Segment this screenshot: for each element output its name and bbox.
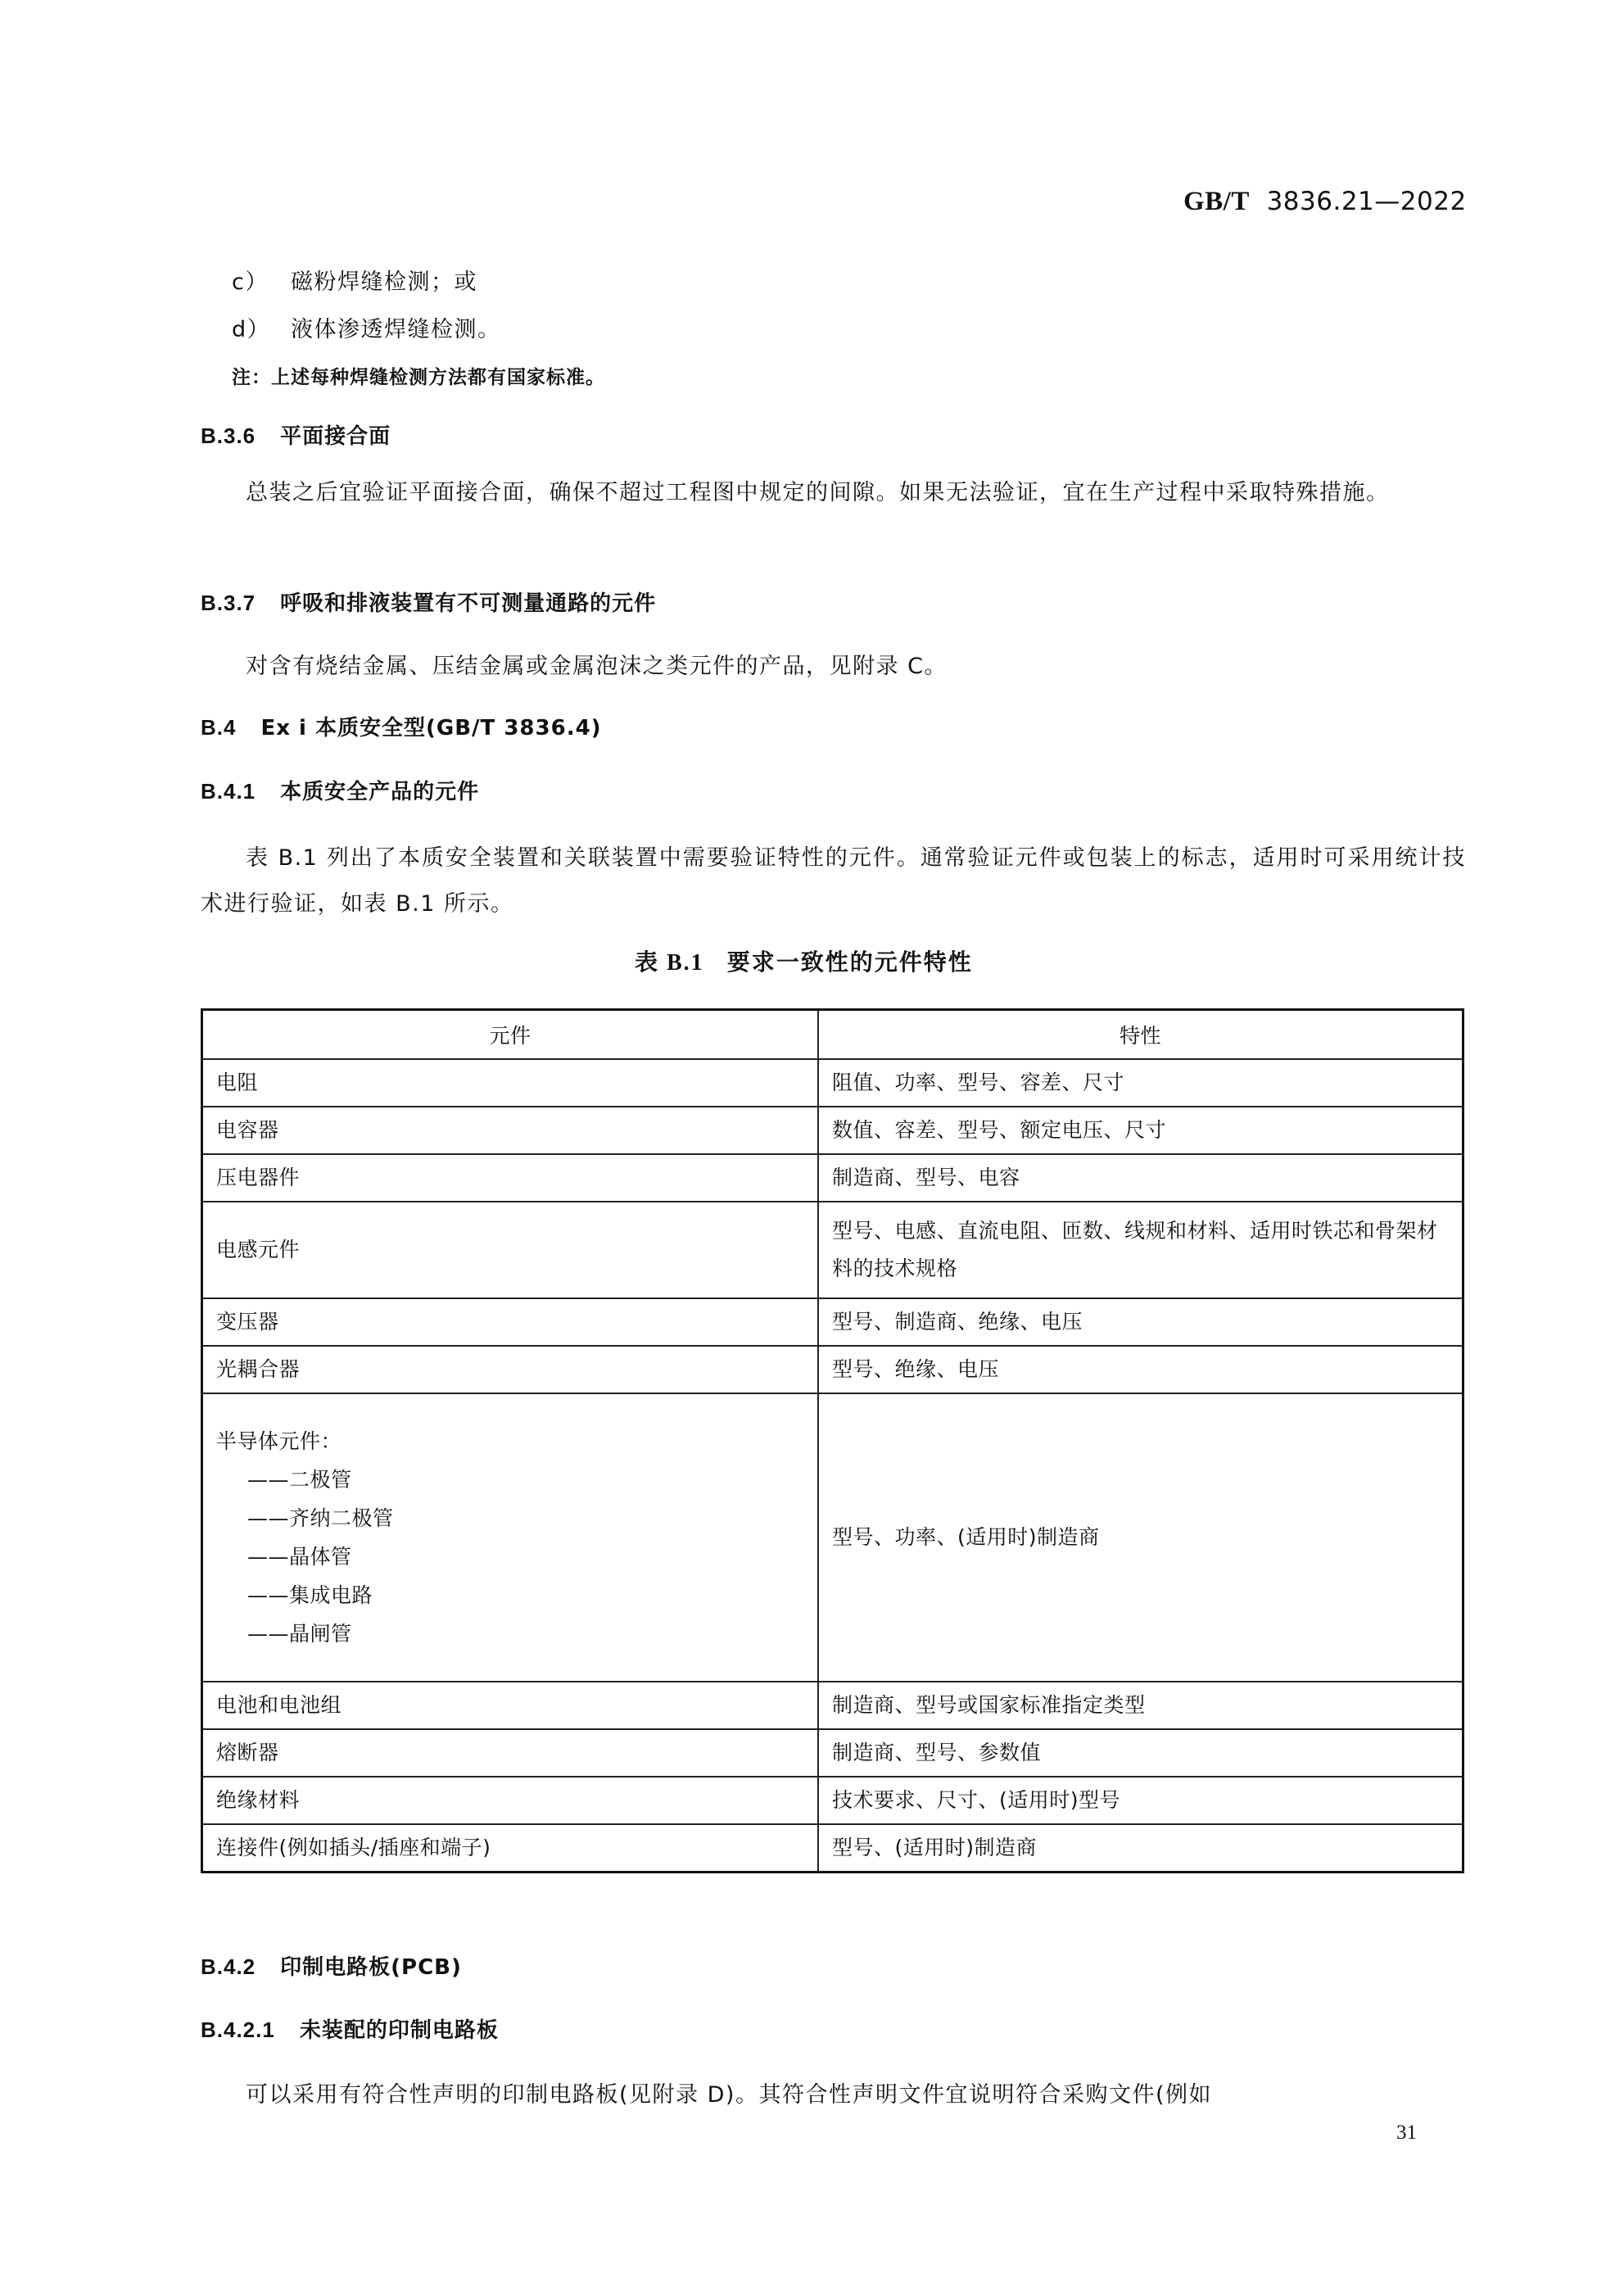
sub-item: ——集成电路 — [216, 1576, 804, 1614]
list-text: 液体渗透焊缝检测。 — [291, 317, 501, 342]
table-number: 表 B.1 — [635, 950, 704, 976]
cell-component: 光耦合器 — [202, 1346, 819, 1393]
cell-characteristics: 型号、绝缘、电压 — [818, 1346, 1463, 1393]
list-text: 磁粉焊缝检测；或 — [291, 269, 477, 295]
list-item-c: c）磁粉焊缝检测；或 — [232, 264, 477, 296]
table-row: 压电器件 制造商、型号、电容 — [202, 1154, 1463, 1202]
cell-component: 电感元件 — [202, 1202, 819, 1298]
table-row: 电阻 阻值、功率、型号、容差、尺寸 — [202, 1059, 1463, 1107]
note: 注：上述每种焊缝检测方法都有国家标准。 — [232, 362, 605, 389]
cell-component: 电阻 — [202, 1059, 819, 1107]
table-row: 电感元件 型号、电感、直流电阻、匝数、线规和材料、适用时铁芯和骨架材料的技术规格 — [202, 1202, 1463, 1298]
table-row: 绝缘材料 技术要求、尺寸、(适用时)型号 — [202, 1777, 1463, 1824]
section-number: B.3.7 — [201, 591, 256, 616]
table-header-row: 元件 特性 — [202, 1010, 1463, 1060]
sub-item: ——二极管 — [216, 1460, 804, 1499]
section-heading-b4: B.4Ex i 本质安全型(GB/T 3836.4) — [201, 711, 602, 741]
cell-component: 连接件(例如插头/插座和端子) — [202, 1824, 819, 1873]
paragraph-b421: 可以采用有符合性声明的印制电路板(见附录 D)。其符合性声明文件宜说明符合采购文… — [201, 2072, 1466, 2118]
cell-characteristics: 技术要求、尺寸、(适用时)型号 — [818, 1777, 1463, 1824]
table-row: 熔断器 制造商、型号、参数值 — [202, 1729, 1463, 1777]
cell-characteristics: 数值、容差、型号、额定电压、尺寸 — [818, 1107, 1463, 1154]
cell-component: 电容器 — [202, 1107, 819, 1154]
table-caption: 表 B.1要求一致性的元件特性 — [635, 944, 973, 977]
section-heading-b421: B.4.2.1未装配的印制电路板 — [201, 2013, 499, 2044]
section-number: B.4 — [201, 715, 236, 740]
section-title: 呼吸和排液装置有不可测量通路的元件 — [280, 591, 656, 616]
section-number: B.4.2.1 — [201, 2017, 275, 2043]
section-number: B.4.1 — [201, 779, 256, 804]
cell-component: 变压器 — [202, 1298, 819, 1346]
page-number: 31 — [1396, 2122, 1417, 2144]
section-heading-b42: B.4.2印制电路板(PCB) — [201, 1950, 462, 1981]
header-characteristics: 特性 — [818, 1010, 1463, 1060]
standard-prefix: GB/T — [1183, 187, 1250, 216]
section-number: B.3.6 — [201, 423, 256, 449]
list-marker: d） — [232, 311, 291, 343]
component-characteristics-table: 元件 特性 电阻 阻值、功率、型号、容差、尺寸 电容器 数值、容差、型号、额定电… — [201, 1008, 1464, 1873]
section-number: B.4.2 — [201, 1954, 256, 1980]
section-heading-b41: B.4.1本质安全产品的元件 — [201, 775, 479, 805]
paragraph-b36: 总装之后宜验证平面接合面，确保不超过工程图中规定的间隙。如果无法验证，宜在生产过… — [201, 470, 1466, 516]
cell-component: 电池和电池组 — [202, 1682, 819, 1729]
cell-characteristics: 阻值、功率、型号、容差、尺寸 — [818, 1059, 1463, 1107]
section-title: Ex i 本质安全型(GB/T 3836.4) — [260, 716, 601, 740]
section-heading-b37: B.3.7呼吸和排液装置有不可测量通路的元件 — [201, 586, 656, 617]
paragraph-b37: 对含有烧结金属、压结金属或金属泡沫之类元件的产品，见附录 C。 — [201, 644, 1466, 690]
cell-component: 压电器件 — [202, 1154, 819, 1202]
table-row: 电池和电池组 制造商、型号或国家标准指定类型 — [202, 1682, 1463, 1729]
cell-characteristics: 型号、功率、(适用时)制造商 — [818, 1393, 1463, 1682]
section-heading-b36: B.3.6平面接合面 — [201, 419, 391, 450]
standard-number: 3836.21—2022 — [1267, 187, 1467, 216]
sub-item: ——齐纳二极管 — [216, 1499, 804, 1537]
cell-component-semiconductor: 半导体元件： ——二极管 ——齐纳二极管 ——晶体管 ——集成电路 ——晶闸管 — [202, 1393, 819, 1682]
table-title: 要求一致性的元件特性 — [727, 949, 973, 976]
section-title: 未装配的印制电路板 — [300, 2018, 499, 2043]
sub-item: ——晶闸管 — [216, 1614, 804, 1653]
cell-characteristics: 制造商、型号、参数值 — [818, 1729, 1463, 1777]
table-row: 电容器 数值、容差、型号、额定电压、尺寸 — [202, 1107, 1463, 1154]
cell-characteristics: 制造商、型号、电容 — [818, 1154, 1463, 1202]
cell-characteristics: 型号、电感、直流电阻、匝数、线规和材料、适用时铁芯和骨架材料的技术规格 — [818, 1202, 1463, 1298]
cell-component: 熔断器 — [202, 1729, 819, 1777]
cell-characteristics: 型号、制造商、绝缘、电压 — [818, 1298, 1463, 1346]
section-title: 本质安全产品的元件 — [280, 780, 479, 804]
sub-item: ——晶体管 — [216, 1537, 804, 1576]
list-item-d: d）液体渗透焊缝检测。 — [232, 311, 501, 343]
paragraph-b41: 表 B.1 列出了本质安全装置和关联装置中需要验证特性的元件。通常验证元件或包装… — [201, 836, 1466, 927]
section-title: 印制电路板(PCB) — [280, 1955, 462, 1980]
table-row: 变压器 型号、制造商、绝缘、电压 — [202, 1298, 1463, 1346]
header-component: 元件 — [202, 1010, 819, 1060]
table-row: 光耦合器 型号、绝缘、电压 — [202, 1346, 1463, 1393]
cell-characteristics: 制造商、型号或国家标准指定类型 — [818, 1682, 1463, 1729]
section-title: 平面接合面 — [280, 424, 391, 449]
cell-component-label: 半导体元件： — [216, 1422, 804, 1460]
table-row: 半导体元件： ——二极管 ——齐纳二极管 ——晶体管 ——集成电路 ——晶闸管 … — [202, 1393, 1463, 1682]
list-marker: c） — [232, 264, 291, 296]
table-row: 连接件(例如插头/插座和端子) 型号、(适用时)制造商 — [202, 1824, 1463, 1873]
cell-component: 绝缘材料 — [202, 1777, 819, 1824]
cell-characteristics: 型号、(适用时)制造商 — [818, 1824, 1463, 1873]
standard-code: GB/T 3836.21—2022 — [1183, 187, 1467, 217]
